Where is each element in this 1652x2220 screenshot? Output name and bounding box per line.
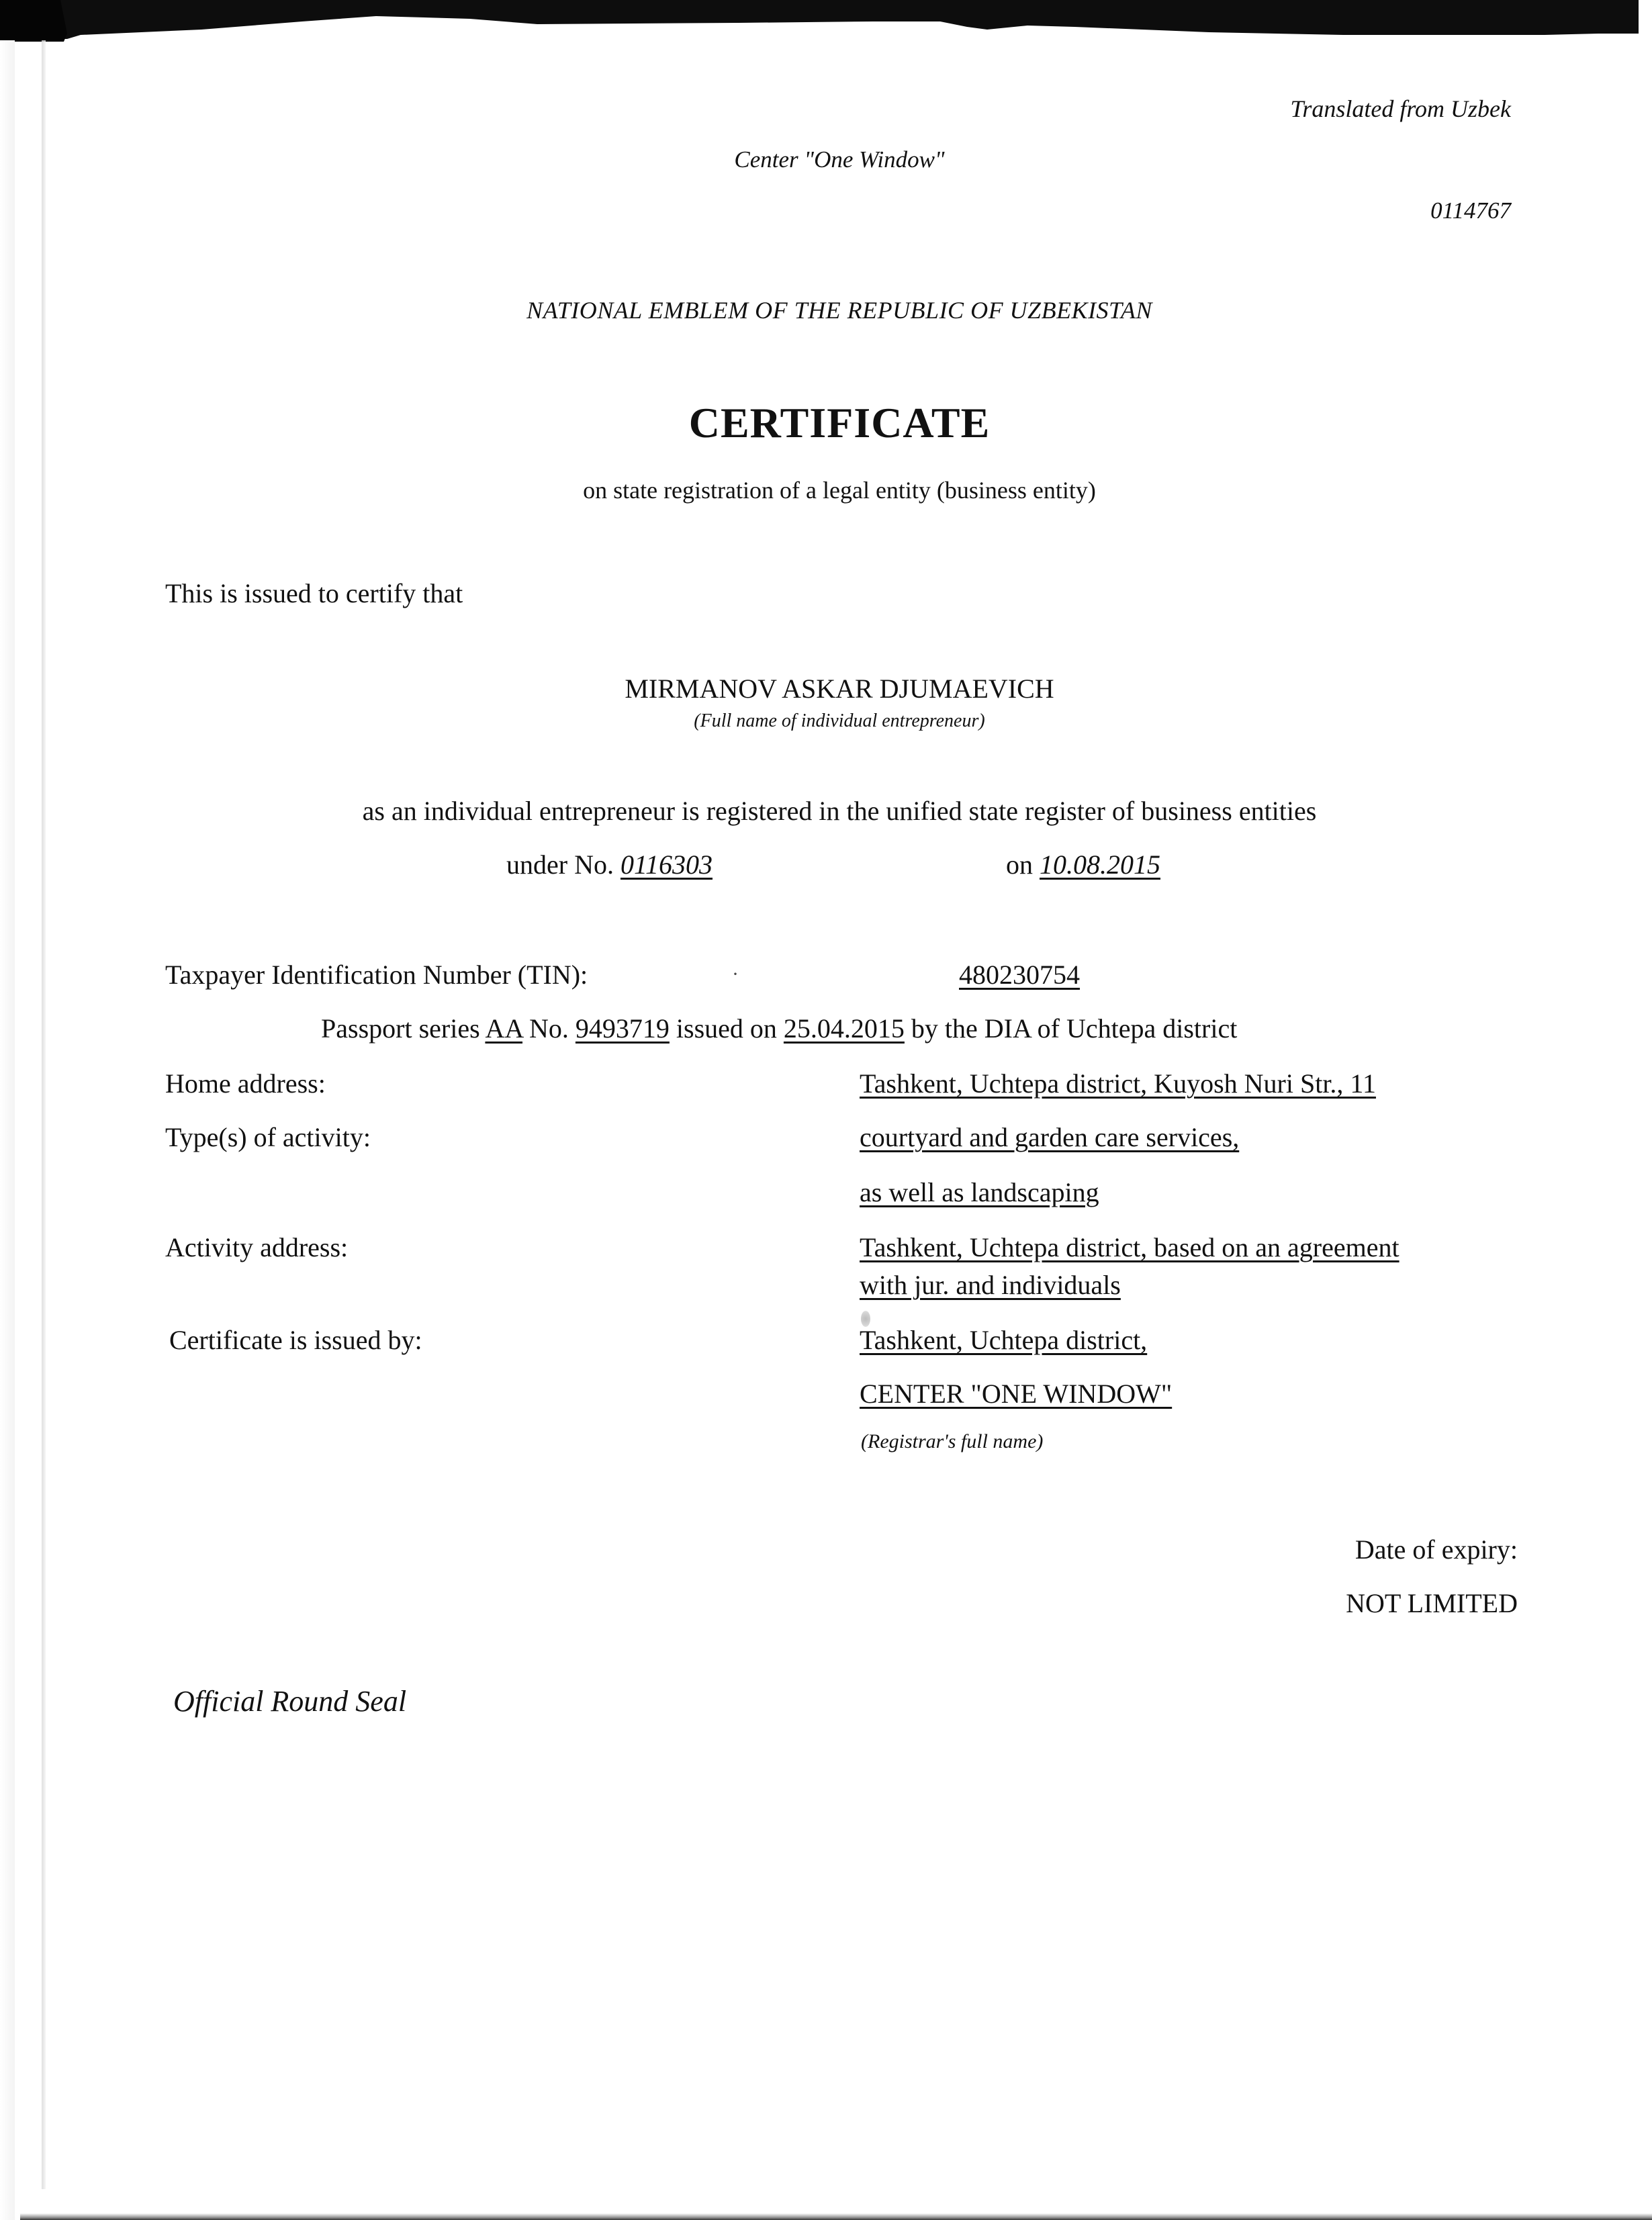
entrepreneur-name: MIRMANOV ASKAR DJUMAEVICH (0, 676, 1652, 702)
registration-date: 10.08.2015 (1040, 849, 1160, 880)
issued-by-label: Certificate is issued by: (169, 1327, 422, 1354)
activity-address-label: Activity address: (165, 1234, 348, 1261)
expiry-label: Date of expiry: (1355, 1536, 1518, 1563)
home-address-value: Tashkent, Uchtepa district, Kuyosh Nuri … (860, 1070, 1376, 1097)
home-address-label: Home address: (165, 1070, 326, 1097)
registrar-caption: (Registrar's full name) (861, 1432, 1043, 1452)
scan-left-edge (0, 40, 15, 2220)
registration-date-label: on (1006, 849, 1033, 880)
registration-number-label: under No. (506, 849, 614, 880)
registration-statement: as an individual entrepreneur is registe… (0, 798, 1652, 825)
passport-series-label: Passport series (321, 1013, 480, 1044)
official-seal-note: Official Round Seal (173, 1687, 406, 1716)
translated-from-note: Translated from Uzbek (1290, 97, 1511, 121)
expiry-value: NOT LIMITED (1346, 1590, 1518, 1617)
passport-issued-on-label: issued on (676, 1013, 777, 1044)
certificate-subtitle: on state registration of a legal entity … (0, 478, 1652, 502)
tin-label: Taxpayer Identification Number (TIN): (165, 962, 588, 988)
passport-series: AA (485, 1013, 522, 1044)
issued-to-intro: This is issued to certify that (165, 580, 463, 607)
passport-number: 9493719 (576, 1013, 670, 1044)
passport-issue-date: 25.04.2015 (784, 1013, 905, 1044)
activity-address-line: with jur. and individuals (860, 1272, 1121, 1299)
certificate-title: CERTIFICATE (0, 402, 1652, 445)
passport-number-label: No. (529, 1013, 569, 1044)
activity-type-line: as well as landscaping (860, 1179, 1099, 1206)
page-fold-line (42, 40, 46, 2189)
activity-address-line: Tashkent, Uchtepa district, based on an … (860, 1234, 1399, 1261)
passport-line: Passport series AA No. 9493719 issued on… (321, 1015, 1237, 1042)
activity-type-line: courtyard and garden care services, (860, 1124, 1239, 1151)
national-emblem-heading: NATIONAL EMBLEM OF THE REPUBLIC OF UZBEK… (0, 298, 1652, 322)
scan-speck: · (732, 964, 739, 984)
scan-bottom-edge (20, 2213, 1652, 2220)
registration-date-line: on 10.08.2015 (1006, 851, 1160, 878)
scan-top-edge-shadow (0, 0, 1639, 42)
tin-value: 480230754 (959, 962, 1080, 988)
issued-by-line: CENTER "ONE WINDOW" (860, 1381, 1172, 1407)
registration-number-line: under No. 0116303 (506, 851, 713, 878)
entrepreneur-name-caption: (Full name of individual entrepreneur) (0, 712, 1652, 731)
activity-types-label: Type(s) of activity: (165, 1124, 371, 1151)
passport-issuing-authority: by the DIA of Uchtepa district (911, 1013, 1237, 1044)
issuer-center-heading: Center "One Window" (0, 148, 1652, 171)
issued-by-line: Tashkent, Uchtepa district, (860, 1327, 1147, 1354)
registration-number: 0116303 (621, 849, 713, 880)
document-number: 0114767 (1430, 199, 1511, 222)
certificate-page: Translated from Uzbek Center "One Window… (0, 0, 1652, 2220)
